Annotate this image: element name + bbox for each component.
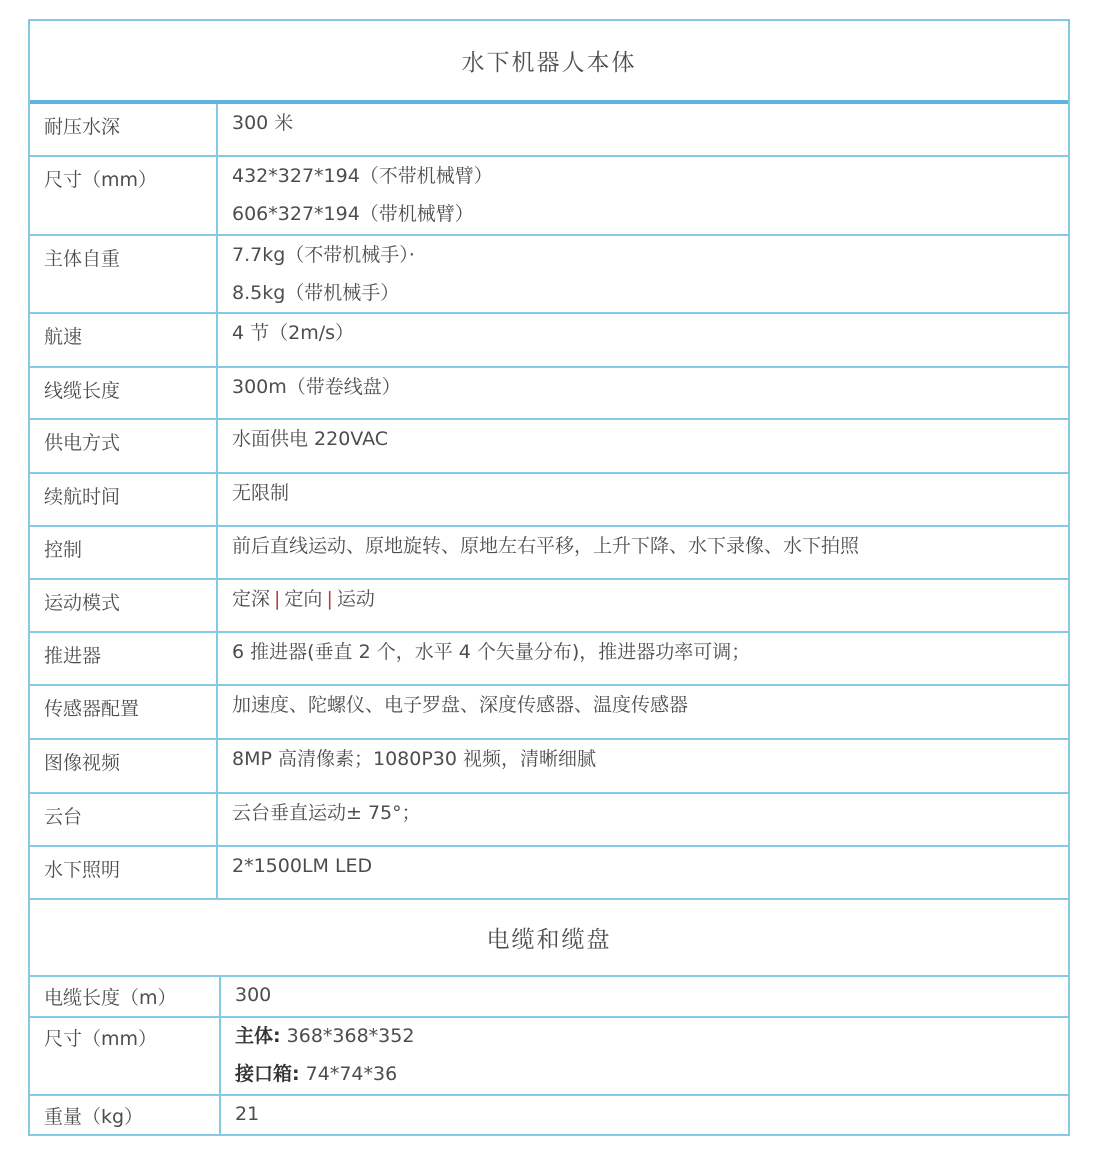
spec-value: 7.7kg（不带机械手）·8.5kg（带机械手） xyxy=(218,228,1068,312)
spec-table: 水下机器人本体 耐压水深300 米尺寸（mm）432*327*194（不带机械臂… xyxy=(28,19,1070,1136)
spec-label: 图像视频 xyxy=(30,740,218,792)
spec-value: 432*327*194（不带机械臂）606*327*194（带机械臂） xyxy=(218,149,1068,234)
spec-value-line: 水面供电 220VAC xyxy=(232,420,1068,458)
spec-value-text: 368*368*352 xyxy=(281,1025,415,1047)
spec-row: 重量（kg）21 xyxy=(30,1094,1068,1134)
spec-value-line: 2*1500LM LED xyxy=(232,847,1068,885)
spec-label: 尺寸（mm） xyxy=(30,157,218,234)
spec-value: 云台垂直运动± 75°； xyxy=(218,786,1068,845)
spec-value-line: 前后直线运动、原地旋转、原地左右平移，上升下降、水下录像、水下拍照 xyxy=(232,527,1068,565)
spec-value: 前后直线运动、原地旋转、原地左右平移，上升下降、水下录像、水下拍照 xyxy=(218,519,1068,578)
section-title-cable-reel: 电缆和缆盘 xyxy=(30,898,1068,975)
spec-row: 推进器6 推进器(垂直 2 个，水平 4 个矢量分布)，推进器功率可调； xyxy=(30,631,1068,684)
spec-value: 6 推进器(垂直 2 个，水平 4 个矢量分布)，推进器功率可调； xyxy=(218,625,1068,684)
spec-value-line: 8MP 高清像素；1080P30 视频，清晰细腻 xyxy=(232,740,1068,778)
spec-value: 定深|定向|运动 xyxy=(218,572,1068,631)
spec-value: 21 xyxy=(221,1087,1068,1134)
mode-separator: | xyxy=(322,588,336,610)
spec-row: 水下照明2*1500LM LED xyxy=(30,845,1068,898)
spec-label: 主体自重 xyxy=(30,236,218,312)
spec-label: 续航时间 xyxy=(30,474,218,525)
spec-value: 主体: 368*368*352接口箱: 74*74*36 xyxy=(221,1009,1068,1094)
spec-value-line: 300m（带卷线盘） xyxy=(232,368,1068,406)
spec-label: 传感器配置 xyxy=(30,686,218,738)
spec-row: 供电方式水面供电 220VAC xyxy=(30,418,1068,472)
spec-value-line: 加速度、陀螺仪、电子罗盘、深度传感器、温度传感器 xyxy=(232,686,1068,724)
spec-row: 续航时间无限制 xyxy=(30,472,1068,525)
spec-label: 云台 xyxy=(30,794,218,845)
robot-body-rows: 耐压水深300 米尺寸（mm）432*327*194（不带机械臂）606*327… xyxy=(30,100,1068,898)
spec-label: 水下照明 xyxy=(30,847,218,898)
spec-value: 2*1500LM LED xyxy=(218,839,1068,898)
spec-value-line: 云台垂直运动± 75°； xyxy=(232,794,1068,832)
spec-value: 300 米 xyxy=(218,96,1068,155)
cable-reel-rows: 电缆长度（m）300尺寸（mm）主体: 368*368*352接口箱: 74*7… xyxy=(30,975,1068,1134)
spec-label: 供电方式 xyxy=(30,420,218,472)
spec-value-line: 定深|定向|运动 xyxy=(232,580,1068,618)
spec-value-line: 主体: 368*368*352 xyxy=(235,1017,1068,1055)
spec-value-line: 21 xyxy=(235,1095,1068,1133)
spec-value-line: 4 节（2m/s） xyxy=(232,314,1068,352)
motion-mode-item: 运动 xyxy=(337,588,375,610)
spec-row: 尺寸（mm）主体: 368*368*352接口箱: 74*74*36 xyxy=(30,1016,1068,1094)
spec-label: 运动模式 xyxy=(30,580,218,631)
spec-value: 加速度、陀螺仪、电子罗盘、深度传感器、温度传感器 xyxy=(218,678,1068,738)
spec-row: 图像视频8MP 高清像素；1080P30 视频，清晰细腻 xyxy=(30,738,1068,792)
spec-row: 耐压水深300 米 xyxy=(30,100,1068,155)
spec-row: 主体自重7.7kg（不带机械手）·8.5kg（带机械手） xyxy=(30,234,1068,312)
motion-mode-item: 定向 xyxy=(284,588,322,610)
spec-value-line: 432*327*194（不带机械臂） xyxy=(232,157,1068,195)
spec-label: 控制 xyxy=(30,527,218,578)
spec-value: 8MP 高清像素；1080P30 视频，清晰细腻 xyxy=(218,732,1068,792)
spec-label: 航速 xyxy=(30,314,218,366)
spec-value: 4 节（2m/s） xyxy=(218,306,1068,366)
spec-value-line: 无限制 xyxy=(232,474,1068,512)
spec-value-text: 74*74*36 xyxy=(300,1063,398,1085)
spec-value: 水面供电 220VAC xyxy=(218,412,1068,472)
spec-row: 云台云台垂直运动± 75°； xyxy=(30,792,1068,845)
spec-row: 航速4 节（2m/s） xyxy=(30,312,1068,366)
spec-value: 无限制 xyxy=(218,466,1068,525)
spec-row: 传感器配置加速度、陀螺仪、电子罗盘、深度传感器、温度传感器 xyxy=(30,684,1068,738)
spec-value-line: 300 米 xyxy=(232,104,1068,142)
spec-label: 电缆长度（m） xyxy=(30,977,221,1016)
spec-value-key: 接口箱: xyxy=(235,1063,300,1085)
motion-mode-item: 定深 xyxy=(232,588,270,610)
spec-row: 线缆长度300m（带卷线盘） xyxy=(30,366,1068,418)
spec-row: 控制前后直线运动、原地旋转、原地左右平移，上升下降、水下录像、水下拍照 xyxy=(30,525,1068,578)
spec-label: 耐压水深 xyxy=(30,104,218,155)
spec-label: 线缆长度 xyxy=(30,368,218,418)
spec-value-line: 6 推进器(垂直 2 个，水平 4 个矢量分布)，推进器功率可调； xyxy=(232,633,1068,671)
spec-label: 尺寸（mm） xyxy=(30,1018,221,1094)
spec-value: 300m（带卷线盘） xyxy=(218,360,1068,418)
spec-value-line: 7.7kg（不带机械手）· xyxy=(232,236,1068,274)
section-title-robot-body: 水下机器人本体 xyxy=(30,21,1068,100)
spec-label: 推进器 xyxy=(30,633,218,684)
spec-value-key: 主体: xyxy=(235,1025,281,1047)
spec-label: 重量（kg） xyxy=(30,1096,221,1134)
mode-separator: | xyxy=(270,588,284,610)
spec-row: 尺寸（mm）432*327*194（不带机械臂）606*327*194（带机械臂… xyxy=(30,155,1068,234)
spec-row: 运动模式定深|定向|运动 xyxy=(30,578,1068,631)
